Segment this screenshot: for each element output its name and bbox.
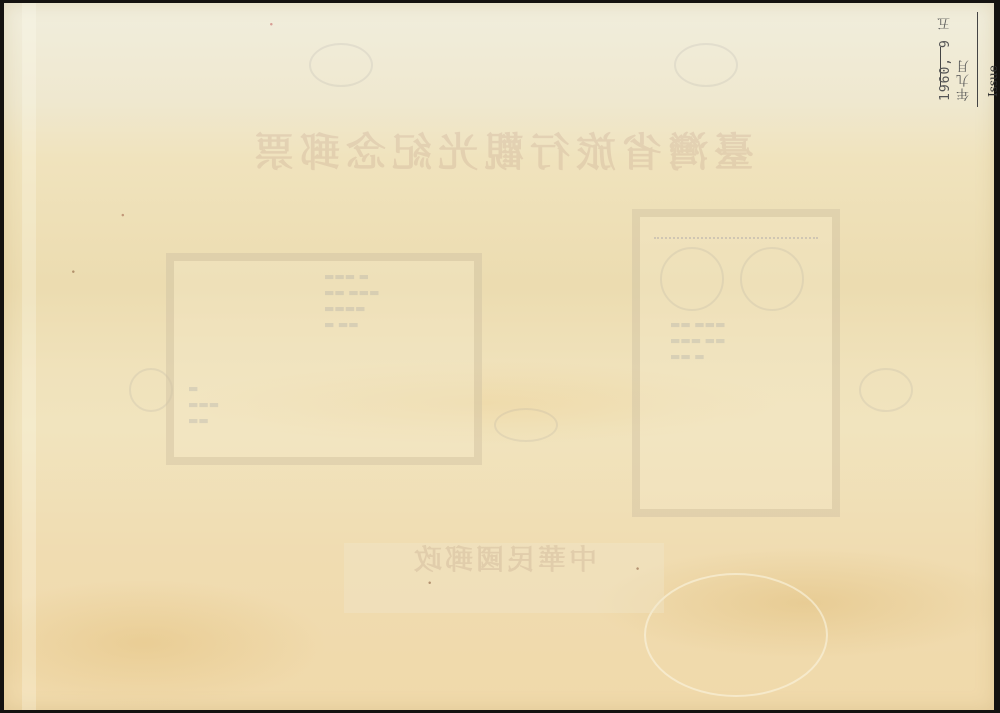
paper-sheet: 臺灣省旅行觀光紀念郵票 ▬▬▬ ▬▬▬ ▬▬▬▬▬▬▬▬ ▬▬ ▬▬▬▬▬▬ ▬… — [4, 3, 994, 710]
ghost-ornament — [494, 408, 558, 442]
inverted-annotation: 1960, 9 五年九月 Issue of Tab — [920, 5, 990, 115]
stamp-ghost-text: ▬▬▬▬▬▬ — [188, 381, 219, 429]
stamp-ghost-left: ▬▬▬ ▬▬▬ ▬▬▬▬▬▬▬▬ ▬▬ ▬▬▬▬▬▬ — [166, 253, 482, 465]
ghost-ornament — [309, 43, 373, 87]
stamp-ghost-perforation-strip — [654, 227, 818, 239]
annotation-date-number: 1960, 9 — [938, 39, 953, 101]
ghost-medallion — [740, 247, 804, 311]
mirrored-bottom-panel: 中華民國郵政 — [344, 543, 664, 613]
stamp-ghost-right: ▬▬ ▬▬▬▬▬▬ ▬▬▬▬ ▬ — [632, 209, 840, 517]
ghost-ornament — [674, 43, 738, 87]
stamp-ghost-text: ▬▬ ▬▬▬▬▬▬ ▬▬▬▬ ▬ — [670, 317, 725, 365]
annotation-date: 1960, 9 五年九月 — [936, 5, 974, 101]
stamp-ghost-text: ▬▬▬ ▬▬▬ ▬▬▬▬▬▬▬▬ ▬▬ — [324, 269, 379, 333]
ghost-ornament — [859, 368, 913, 412]
ghost-medallion — [660, 247, 724, 311]
left-edge-band — [22, 3, 36, 710]
ghost-road-curve — [644, 573, 828, 697]
mirrored-banner-text: 臺灣省旅行觀光紀念郵票 — [254, 123, 754, 183]
annotation-rule — [977, 12, 978, 107]
